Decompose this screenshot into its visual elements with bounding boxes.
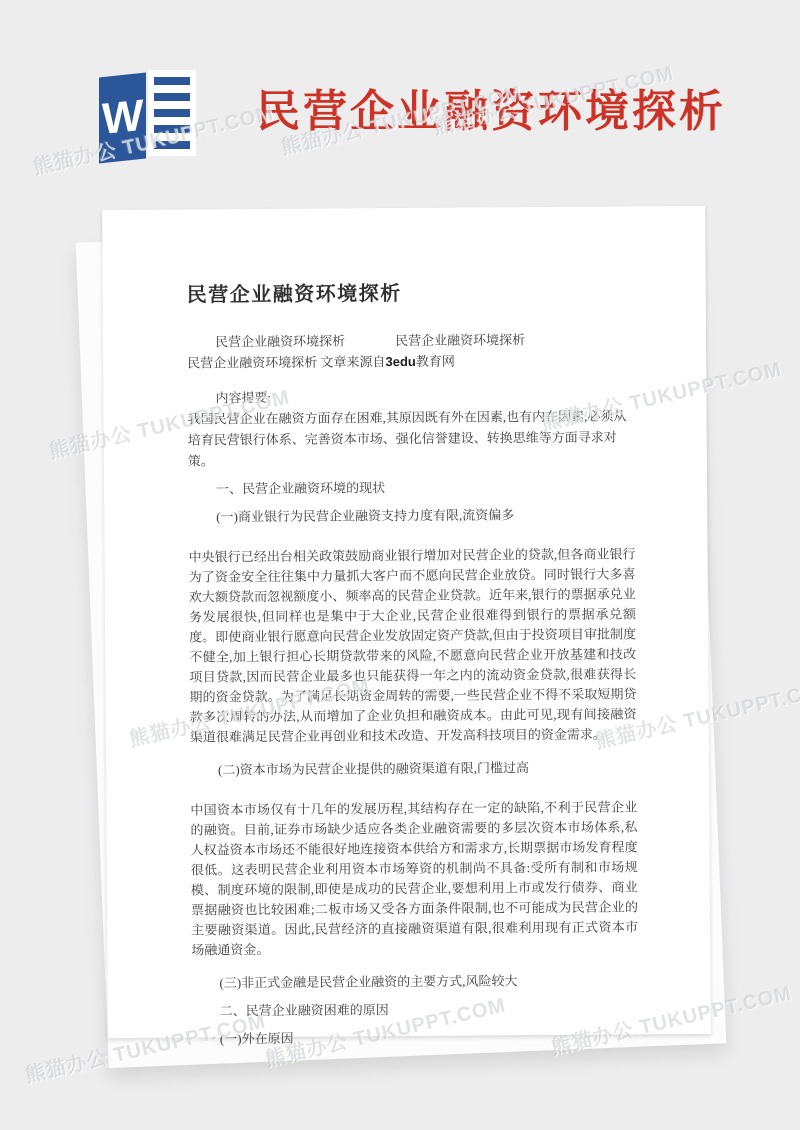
document-lines-icon xyxy=(148,70,196,156)
word-icon-letter: W xyxy=(102,94,144,142)
doc-source-line: 民营企业融资环境探析 文章来源自3edu教育网 xyxy=(187,349,634,373)
page-title: 民营企业融资环境探析 xyxy=(256,88,726,136)
subsection-heading-2-1: (一)外在原因 xyxy=(192,1025,639,1049)
doc-source-site: 3edu xyxy=(385,354,415,369)
word-icon-cover: W xyxy=(99,73,146,164)
subsection-heading-1-3: (三)非正式金融是民营企业融资的主要方式,风险较大 xyxy=(191,969,638,993)
doc-repeat-1: 民营企业融资环境探析 xyxy=(215,333,345,349)
doc-source-suffix: 教育网 xyxy=(416,354,455,369)
word-icon: W xyxy=(97,64,201,168)
document-page: 民营企业融资环境探析 民营企业融资环境探析民营企业融资环境探析 民营企业融资环境… xyxy=(102,206,711,1038)
abstract-text: 我国民营企业在融资方面存在困难,其原因既有外在因素,也有内在因素,必须从培育民营… xyxy=(188,405,635,471)
paragraph-2: 中国资本市场仅有十几年的发展历程,其结构存在一定的缺陷,不利于民营企业的融资。目… xyxy=(190,797,638,960)
section-heading-2: 二、民营企业融资困难的原因 xyxy=(192,997,639,1021)
subsection-heading-1-2: (二)资本市场为民营企业提供的融资渠道有限,门槛过高 xyxy=(190,756,637,780)
document-content: 民营企业融资环境探析 民营企业融资环境探析民营企业融资环境探析 民营企业融资环境… xyxy=(187,278,639,1049)
subsection-heading-1-1: (一)商业银行为民营企业融资支持力度有限,流资偏多 xyxy=(188,503,635,527)
doc-title: 民营企业融资环境探析 xyxy=(187,278,634,309)
doc-repeat-2: 民营企业融资环境探析 xyxy=(395,332,525,348)
section-heading-1: 一、民营企业融资环境的现状 xyxy=(188,475,635,499)
paragraph-1: 中央银行已经出台相关政策鼓励商业银行增加对民营企业的贷款,但各商业银行为了资金安… xyxy=(188,544,636,747)
doc-source-prefix: 民营企业融资环境探析 文章来源自 xyxy=(187,354,385,370)
